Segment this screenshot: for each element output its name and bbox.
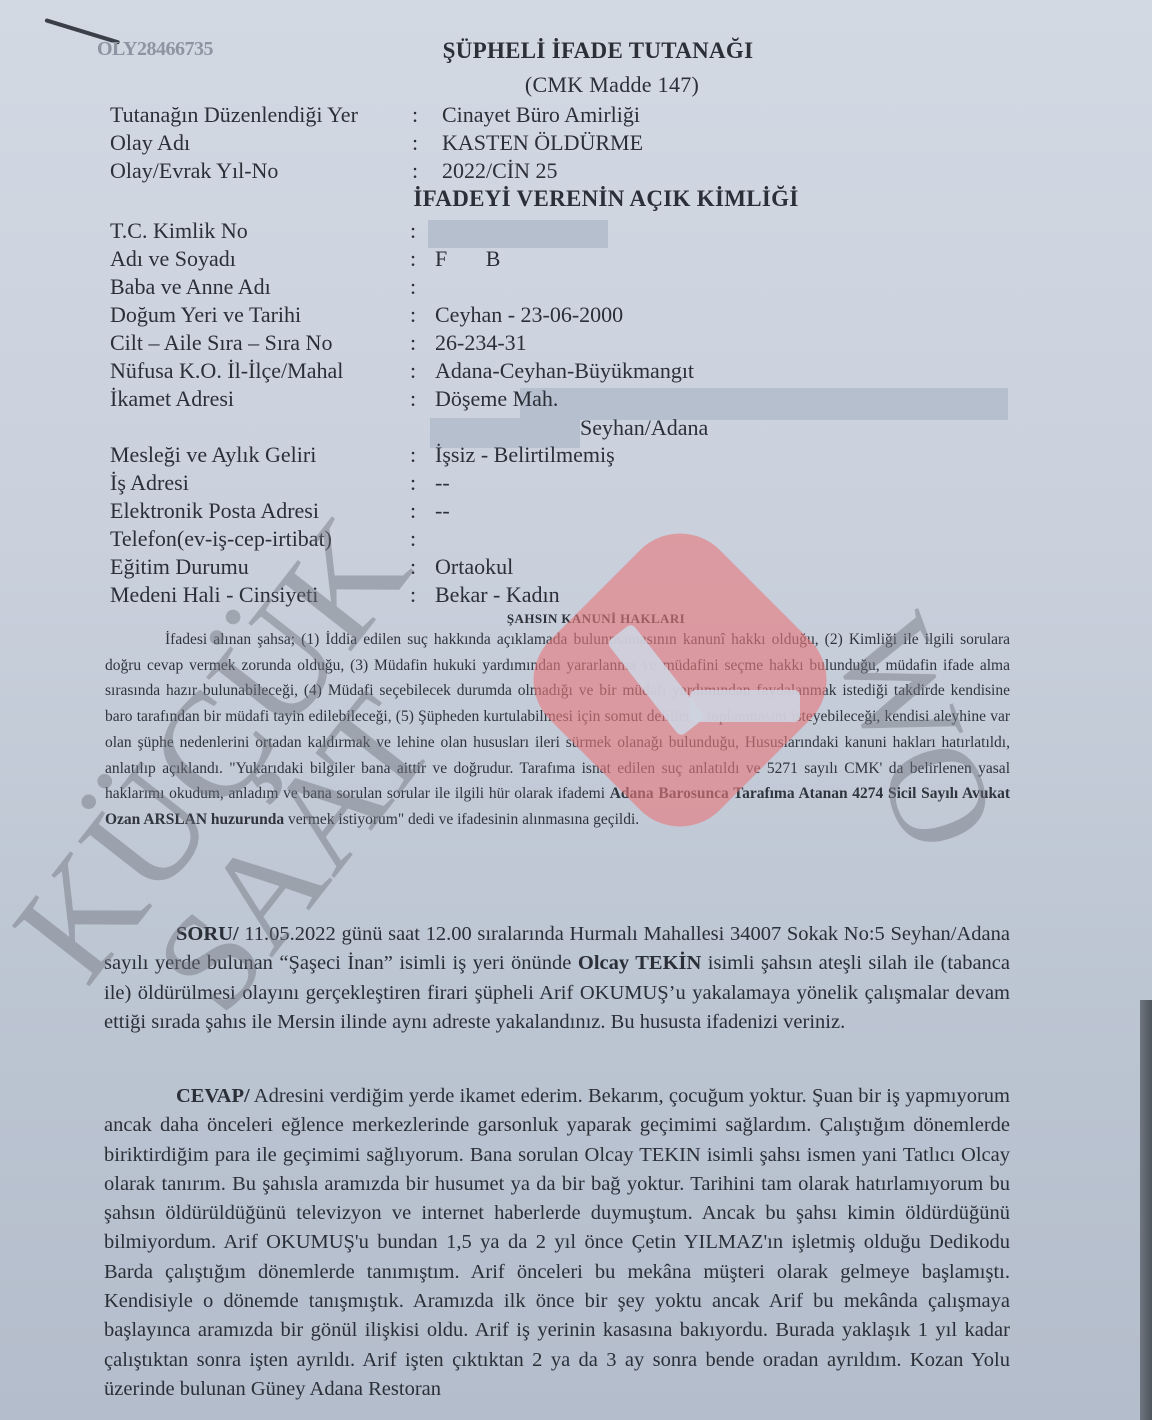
- page-edge-shadow: [1140, 1000, 1152, 1420]
- question-paragraph: SORU/ 11.05.2022 günü saat 12.00 sıralar…: [104, 920, 1010, 1037]
- rights-paragraph: İfadesi alınan şahsa; (1) İddia edilen s…: [105, 627, 1010, 833]
- document-subtitle: (CMK Madde 147): [36, 72, 1152, 98]
- identity-heading: İFADEYİ VERENİN AÇIK KİMLİĞİ: [30, 186, 1152, 212]
- document-page: OLY28466735 ŞÜPHELİ İFADE TUTANAĞI (CMK …: [0, 0, 1152, 1420]
- answer-paragraph: CEVAP/ Adresini verdiğim yerde ikamet ed…: [104, 1082, 1010, 1404]
- redaction-box: [428, 220, 608, 248]
- document-title: ŞÜPHELİ İFADE TUTANAĞI: [22, 38, 1152, 64]
- rights-heading: ŞAHSIN KANUNİ HAKLARI: [20, 611, 1152, 627]
- answer-label: CEVAP/: [176, 1085, 250, 1107]
- question-label: SORU/: [176, 923, 239, 945]
